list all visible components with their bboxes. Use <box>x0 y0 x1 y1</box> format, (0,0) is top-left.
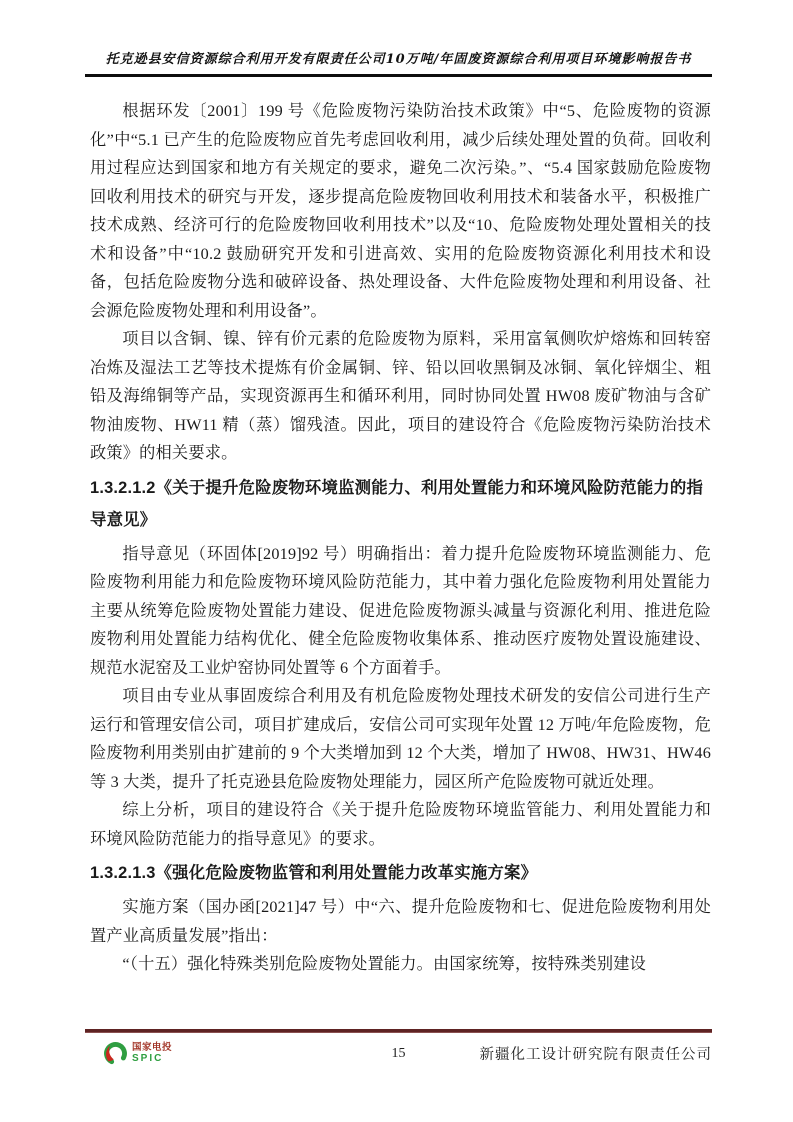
footer-left: 国家电投 SPIC <box>85 1041 392 1066</box>
spic-logo: 国家电投 SPIC <box>103 1041 172 1066</box>
section-heading: 1.3.2.1.3《强化危险废物监管和利用处置能力改革实施方案》 <box>90 857 711 889</box>
page-footer: 国家电投 SPIC 15 新疆化工设计研究院有限责任公司 <box>85 1029 712 1066</box>
spic-logo-en-label: SPIC <box>132 1054 172 1064</box>
paragraph: 项目由专业从事固废综合利用及有机危险废物处理技术研发的安信公司进行生产运行和管理… <box>90 682 711 796</box>
paragraph: 实施方案（国办函[2021]47 号）中“六、提升危险废物和七、促进危险废物利用… <box>90 893 711 950</box>
document-page: 托克逊县安信资源综合利用开发有限责任公司10万吨/年固废资源综合利用项目环境影响… <box>0 0 793 1122</box>
footer-row: 国家电投 SPIC 15 新疆化工设计研究院有限责任公司 <box>85 1041 712 1066</box>
spic-logo-text: 国家电投 SPIC <box>132 1043 172 1064</box>
footer-rule <box>85 1029 712 1033</box>
page-number: 15 <box>392 1046 406 1062</box>
section-heading: 1.3.2.1.2《关于提升危险废物环境监测能力、利用处置能力和环境风险防范能力… <box>90 472 711 536</box>
spic-logo-icon <box>103 1041 128 1066</box>
header-title: 托克逊县安信资源综合利用开发有限责任公司10万吨/年固废资源综合利用项目环境影响… <box>85 48 712 67</box>
footer-company-name: 新疆化工设计研究院有限责任公司 <box>406 1043 713 1064</box>
header-rule <box>85 74 712 77</box>
paragraph: 项目以含铜、镍、锌有价元素的危险废物为原料，采用富氧侧吹炉熔炼和回转窑冶炼及湿法… <box>90 325 711 468</box>
paragraph: 指导意见（环固体[2019]92 号）明确指出：着力提升危险废物环境监测能力、危… <box>90 540 711 683</box>
paragraph: “（十五）强化特殊类别危险废物处置能力。由国家统筹，按特殊类别建设 <box>90 950 711 979</box>
paragraph: 根据环发〔2001〕199 号《危险废物污染防治技术政策》中“5、危险废物的资源… <box>90 97 711 325</box>
spic-logo-cn-label: 国家电投 <box>132 1043 172 1053</box>
document-body: 根据环发〔2001〕199 号《危险废物污染防治技术政策》中“5、危险废物的资源… <box>90 97 711 979</box>
paragraph: 综上分析，项目的建设符合《关于提升危险废物环境监管能力、利用处置能力和环境风险防… <box>90 796 711 853</box>
page-header: 托克逊县安信资源综合利用开发有限责任公司10万吨/年固废资源综合利用项目环境影响… <box>85 48 712 77</box>
